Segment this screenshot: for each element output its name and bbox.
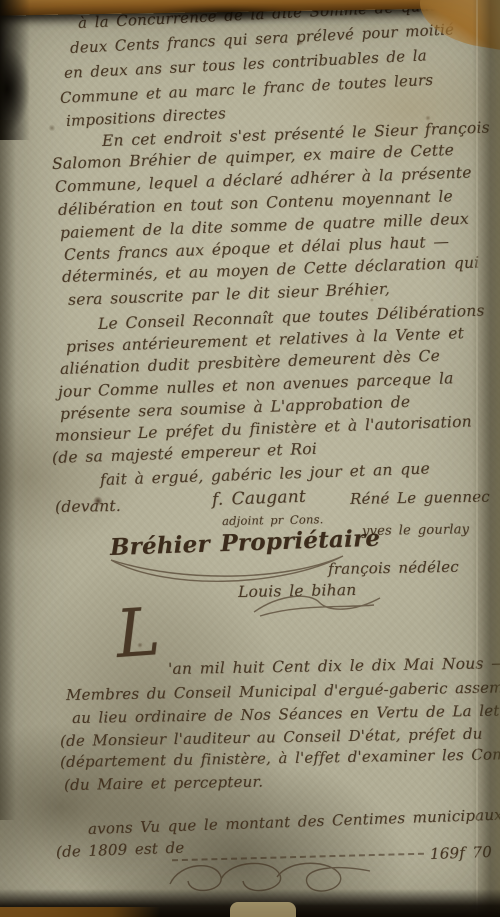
brehier-underline-flourish [105, 548, 355, 590]
page-edge-highlight [476, 0, 478, 917]
manuscript-line: au lieu ordinaire de Nos Séances en Vert… [72, 701, 500, 727]
initial-capital-L: L [113, 593, 162, 673]
top-edge-shadow [150, 6, 300, 22]
manuscript-line: Membres du Conseil Municipal d'ergué-gab… [66, 678, 500, 704]
manuscript-line: 'an mil huit Cent dix le dix Mai Nous — [168, 654, 500, 678]
table-edge-sliver [0, 907, 160, 917]
paper-scrap [230, 902, 296, 917]
signature-leguennec: Réné Le guennec [350, 488, 490, 508]
manuscript-page: à la Concurrence de la dite Somme de qua… [0, 0, 500, 917]
manuscript-line: (du Maire et percepteur. [64, 773, 263, 794]
closing-line: fait à ergué, gabéric les jour et an que [100, 459, 430, 489]
closing-devant: (devant. [55, 497, 121, 516]
manuscript-line: (de sa majesté empereur et Roi [52, 440, 318, 467]
signature-caugant-title: adjoint pr Cons. [222, 512, 324, 528]
signature-caugant: f. Caugant [212, 487, 307, 510]
manuscript-line: impositions directes [66, 104, 227, 130]
manuscript-line: avons Vu que le montant des Centimes mun… [88, 806, 500, 838]
ink-flourish-top [250, 592, 385, 620]
left-edge-shadow [0, 120, 16, 820]
manuscript-line: sera souscrite par le dit sieur Bréhier, [68, 280, 390, 309]
